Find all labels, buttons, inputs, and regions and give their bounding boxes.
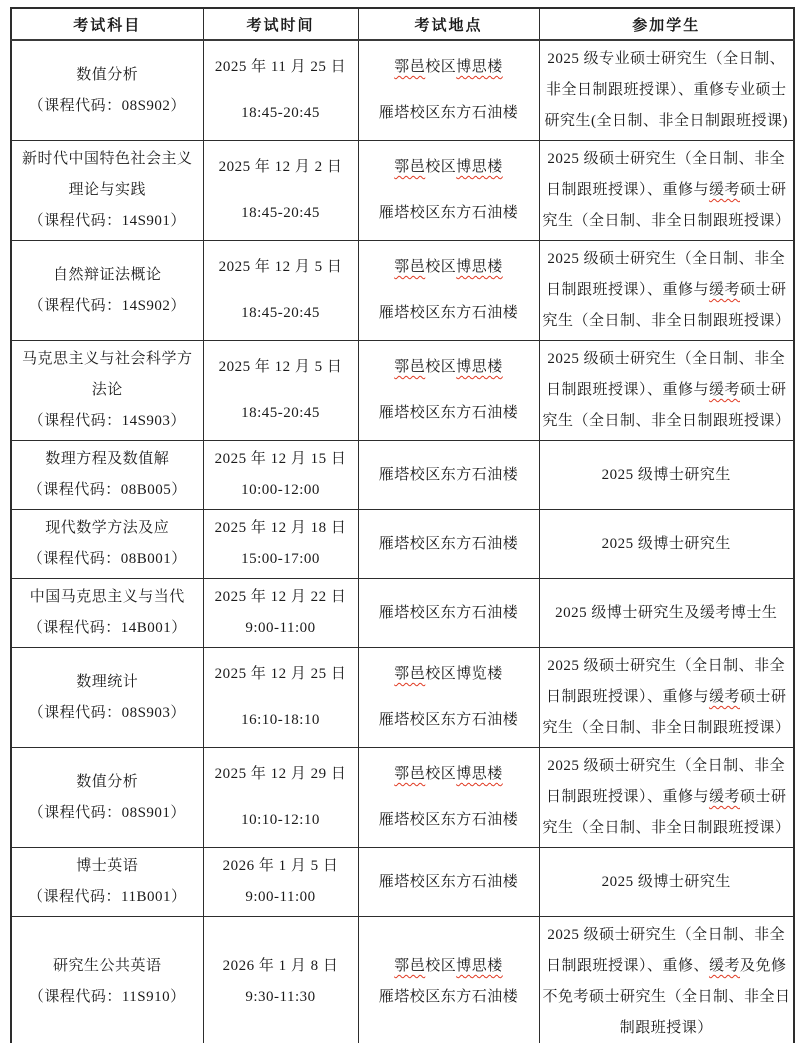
time-cell: 2025 年 12 月 25 日16:10-18:10 [203,648,358,748]
cell-line: 究生（全日制、非全日制跟班授课） [543,813,791,844]
cell-line: 9:30-11:30 [207,982,355,1013]
cell-line: （课程代码：08S901） [15,798,200,829]
table-row: 马克思主义与社会科学方法论（课程代码：14S903）2025 年 12 月 5 … [11,341,794,441]
cell-line: 2025 级硕士研究生（全日制、非全 [543,651,791,682]
spellcheck-squiggle-word: 博思楼 [456,59,503,75]
subject-cell: 数值分析（课程代码：08S901） [11,748,203,848]
cell-line: 鄠邑校区博览楼 [362,659,536,690]
spellcheck-squiggle-word: 缓考 [709,689,740,705]
cell-line: 数理统计 [15,667,200,698]
cell-line: 2025 级硕士研究生（全日制、非全 [543,920,791,951]
cell-line: 2025 级博士研究生 [543,529,791,560]
cell-line: 鄠邑校区博思楼 [362,252,536,283]
cell-line: （课程代码：08S902） [15,91,200,122]
cell-line: 鄠邑校区博思楼 [362,759,536,790]
location-cell: 雁塔校区东方石油楼 [358,579,539,648]
cell-line: 雁塔校区东方石油楼 [362,805,536,836]
time-cell: 2025 年 12 月 2 日18:45-20:45 [203,141,358,241]
table-row: 新时代中国特色社会主义理论与实践（课程代码：14S901）2025 年 12 月… [11,141,794,241]
table-row: 博士英语（课程代码：11B001）2026 年 1 月 5 日9:00-11:0… [11,848,794,917]
subject-cell: 马克思主义与社会科学方法论（课程代码：14S903） [11,341,203,441]
spellcheck-squiggle-word: 鄠邑 [394,359,425,375]
spellcheck-squiggle-word: 鄠邑 [394,958,425,974]
subject-cell: 自然辩证法概论（课程代码：14S902） [11,241,203,341]
exam-schedule-table: 考试科目 考试时间 考试地点 参加学生 数值分析（课程代码：08S902）202… [10,7,795,1043]
cell-line: 研究生(全日制、非全日制跟班授课) [543,106,791,137]
spellcheck-squiggle-word: 博思楼 [456,159,503,175]
spellcheck-squiggle-word: 鄠邑 [394,666,425,682]
table-row: 数值分析（课程代码：08S902）2025 年 11 月 25 日18:45-2… [11,40,794,141]
cell-line: 18:45-20:45 [207,298,355,329]
table-row: 研究生公共英语（课程代码：11S910）2026 年 1 月 8 日9:30-1… [11,917,794,1043]
students-cell: 2025 级硕士研究生（全日制、非全日制跟班授课）、重修与缓考硕士研究生（全日制… [539,341,794,441]
time-cell: 2025 年 12 月 15 日10:00-12:00 [203,441,358,510]
cell-line: 日制跟班授课）、重修、缓考及免修 [543,951,791,982]
cell-line: 2025 级专业硕士研究生（全日制、 [543,44,791,75]
cell-line: 雁塔校区东方石油楼 [362,705,536,736]
header-cell-subject: 考试科目 [11,8,203,40]
location-cell: 鄠邑校区博思楼雁塔校区东方石油楼 [358,241,539,341]
cell-line: （课程代码：08B001） [15,544,200,575]
document-page: 考试科目 考试时间 考试地点 参加学生 数值分析（课程代码：08S902）202… [0,0,802,1043]
students-cell: 2025 级专业硕士研究生（全日制、非全日制跟班授课）、重修专业硕士研究生(全日… [539,40,794,141]
location-cell: 雁塔校区东方石油楼 [358,510,539,579]
spellcheck-squiggle-word: 缓考 [709,958,740,974]
cell-line: 18:45-20:45 [207,98,355,129]
cell-line: 自然辩证法概论 [15,260,200,291]
cell-line: 15:00-17:00 [207,544,355,575]
header-row: 考试科目 考试时间 考试地点 参加学生 [11,8,794,40]
cell-line: 2026 年 1 月 8 日 [207,951,355,982]
cell-line: 数理方程及数值解 [15,444,200,475]
spellcheck-squiggle-word: 博思楼 [456,958,503,974]
spellcheck-squiggle-word: 鄠邑 [394,159,425,175]
cell-line: 究生（全日制、非全日制跟班授课） [543,406,791,437]
location-cell: 鄠邑校区博思楼雁塔校区东方石油楼 [358,748,539,848]
cell-line: 雁塔校区东方石油楼 [362,867,536,898]
spellcheck-squiggle-word: 鄠邑 [394,259,425,275]
cell-line: 鄠邑校区博思楼 [362,52,536,83]
cell-line: 究生（全日制、非全日制跟班授课） [543,713,791,744]
cell-line: 雁塔校区东方石油楼 [362,982,536,1013]
spellcheck-squiggle-word: 缓考 [709,282,740,298]
spellcheck-squiggle-word: 博思楼 [456,766,503,782]
students-cell: 2025 级博士研究生 [539,441,794,510]
cell-line: 18:45-20:45 [207,398,355,429]
cell-line: 2025 年 12 月 18 日 [207,513,355,544]
students-cell: 2025 级硕士研究生（全日制、非全日制跟班授课）、重修与缓考硕士研究生（全日制… [539,648,794,748]
cell-line: 理论与实践 [15,175,200,206]
cell-line: 中国马克思主义与当代 [15,582,200,613]
cell-line: （课程代码：11B001） [15,882,200,913]
cell-line: 究生（全日制、非全日制跟班授课） [543,206,791,237]
cell-line: 10:00-12:00 [207,475,355,506]
spellcheck-squiggle-word: 博思楼 [456,259,503,275]
spellcheck-squiggle-word: 缓考 [709,789,740,805]
time-cell: 2025 年 11 月 25 日18:45-20:45 [203,40,358,141]
table-row: 现代数学方法及应（课程代码：08B001）2025 年 12 月 18 日15:… [11,510,794,579]
table-row: 中国马克思主义与当代（课程代码：14B001）2025 年 12 月 22 日9… [11,579,794,648]
cell-line: 鄠邑校区博思楼 [362,352,536,383]
cell-line: 数值分析 [15,767,200,798]
cell-line: 9:00-11:00 [207,882,355,913]
cell-line: 2025 年 12 月 15 日 [207,444,355,475]
cell-line: 2025 级硕士研究生（全日制、非全 [543,751,791,782]
header-cell-time: 考试时间 [203,8,358,40]
cell-line: （课程代码：14S902） [15,291,200,322]
cell-line: 非全日制跟班授课）、重修专业硕士 [543,75,791,106]
cell-line: （课程代码：11S910） [15,982,200,1013]
cell-line: 新时代中国特色社会主义 [15,144,200,175]
cell-line: 日制跟班授课）、重修与缓考硕士研 [543,175,791,206]
cell-line: 雁塔校区东方石油楼 [362,398,536,429]
cell-line: 2025 级硕士研究生（全日制、非全 [543,144,791,175]
cell-line: 雁塔校区东方石油楼 [362,98,536,129]
students-cell: 2025 级硕士研究生（全日制、非全日制跟班授课）、重修与缓考硕士研究生（全日制… [539,748,794,848]
cell-line: 日制跟班授课）、重修与缓考硕士研 [543,682,791,713]
cell-line: 2026 年 1 月 5 日 [207,851,355,882]
spellcheck-squiggle-word: 缓考 [709,182,740,198]
time-cell: 2026 年 1 月 5 日9:00-11:00 [203,848,358,917]
subject-cell: 数理统计（课程代码：08S903） [11,648,203,748]
cell-line: 究生（全日制、非全日制跟班授课） [543,306,791,337]
subject-cell: 数值分析（课程代码：08S902） [11,40,203,141]
subject-cell: 数理方程及数值解（课程代码：08B005） [11,441,203,510]
location-cell: 雁塔校区东方石油楼 [358,441,539,510]
cell-line: （课程代码：14S901） [15,206,200,237]
students-cell: 2025 级硕士研究生（全日制、非全日制跟班授课）、重修与缓考硕士研究生（全日制… [539,241,794,341]
location-cell: 鄠邑校区博思楼雁塔校区东方石油楼 [358,341,539,441]
spellcheck-squiggle-word: 缓考 [709,382,740,398]
subject-cell: 新时代中国特色社会主义理论与实践（课程代码：14S901） [11,141,203,241]
cell-line: 日制跟班授课）、重修与缓考硕士研 [543,275,791,306]
cell-line: （课程代码：14B001） [15,613,200,644]
cell-line: 不免考硕士研究生（全日制、非全日 [543,982,791,1013]
cell-line: 鄠邑校区博思楼 [362,951,536,982]
cell-line: （课程代码：08B005） [15,475,200,506]
cell-line: 制跟班授课） [543,1013,791,1043]
students-cell: 2025 级博士研究生 [539,510,794,579]
time-cell: 2025 年 12 月 5 日18:45-20:45 [203,241,358,341]
time-cell: 2026 年 1 月 8 日9:30-11:30 [203,917,358,1043]
cell-line: 2025 级博士研究生 [543,460,791,491]
subject-cell: 博士英语（课程代码：11B001） [11,848,203,917]
cell-line: 鄠邑校区博思楼 [362,152,536,183]
table-row: 数理统计（课程代码：08S903）2025 年 12 月 25 日16:10-1… [11,648,794,748]
cell-line: 2025 年 11 月 25 日 [207,52,355,83]
location-cell: 鄠邑校区博思楼雁塔校区东方石油楼 [358,917,539,1043]
table-row: 数值分析（课程代码：08S901）2025 年 12 月 29 日10:10-1… [11,748,794,848]
cell-line: 雁塔校区东方石油楼 [362,529,536,560]
location-cell: 雁塔校区东方石油楼 [358,848,539,917]
students-cell: 2025 级博士研究生及缓考博士生 [539,579,794,648]
subject-cell: 中国马克思主义与当代（课程代码：14B001） [11,579,203,648]
time-cell: 2025 年 12 月 5 日18:45-20:45 [203,341,358,441]
cell-line: 博士英语 [15,851,200,882]
cell-line: 日制跟班授课）、重修与缓考硕士研 [543,375,791,406]
cell-line: 2025 年 12 月 25 日 [207,659,355,690]
cell-line: 16:10-18:10 [207,705,355,736]
cell-line: （课程代码：14S903） [15,406,200,437]
cell-line: 雁塔校区东方石油楼 [362,198,536,229]
cell-line: 雁塔校区东方石油楼 [362,298,536,329]
cell-line: 9:00-11:00 [207,613,355,644]
location-cell: 鄠邑校区博思楼雁塔校区东方石油楼 [358,40,539,141]
spellcheck-squiggle-word: 鄠邑 [394,766,425,782]
header-cell-location: 考试地点 [358,8,539,40]
time-cell: 2025 年 12 月 22 日9:00-11:00 [203,579,358,648]
cell-line: 2025 级博士研究生 [543,867,791,898]
location-cell: 鄠邑校区博览楼雁塔校区东方石油楼 [358,648,539,748]
cell-line: 2025 级硕士研究生（全日制、非全 [543,244,791,275]
header-cell-students: 参加学生 [539,8,794,40]
cell-line: 雁塔校区东方石油楼 [362,460,536,491]
cell-line: 现代数学方法及应 [15,513,200,544]
cell-line: 2025 级博士研究生及缓考博士生 [543,598,791,629]
location-cell: 鄠邑校区博思楼雁塔校区东方石油楼 [358,141,539,241]
cell-line: 2025 年 12 月 5 日 [207,252,355,283]
cell-line: 10:10-12:10 [207,805,355,836]
spellcheck-squiggle-word: 博思楼 [456,359,503,375]
cell-line: 2025 年 12 月 2 日 [207,152,355,183]
cell-line: 法论 [15,375,200,406]
cell-line: 研究生公共英语 [15,951,200,982]
cell-line: 18:45-20:45 [207,198,355,229]
cell-line: 2025 年 12 月 29 日 [207,759,355,790]
cell-line: 日制跟班授课）、重修与缓考硕士研 [543,782,791,813]
cell-line: 马克思主义与社会科学方 [15,344,200,375]
subject-cell: 研究生公共英语（课程代码：11S910） [11,917,203,1043]
cell-line: 2025 年 12 月 22 日 [207,582,355,613]
spellcheck-squiggle-word: 鄠邑 [394,59,425,75]
cell-line: 2025 年 12 月 5 日 [207,352,355,383]
students-cell: 2025 级硕士研究生（全日制、非全日制跟班授课）、重修、缓考及免修不免考硕士研… [539,917,794,1043]
table-row: 数理方程及数值解（课程代码：08B005）2025 年 12 月 15 日10:… [11,441,794,510]
cell-line: （课程代码：08S903） [15,698,200,729]
table-row: 自然辩证法概论（课程代码：14S902）2025 年 12 月 5 日18:45… [11,241,794,341]
students-cell: 2025 级硕士研究生（全日制、非全日制跟班授课）、重修与缓考硕士研究生（全日制… [539,141,794,241]
cell-line: 数值分析 [15,60,200,91]
time-cell: 2025 年 12 月 18 日15:00-17:00 [203,510,358,579]
cell-line: 2025 级硕士研究生（全日制、非全 [543,344,791,375]
subject-cell: 现代数学方法及应（课程代码：08B001） [11,510,203,579]
time-cell: 2025 年 12 月 29 日10:10-12:10 [203,748,358,848]
cell-line: 雁塔校区东方石油楼 [362,598,536,629]
students-cell: 2025 级博士研究生 [539,848,794,917]
